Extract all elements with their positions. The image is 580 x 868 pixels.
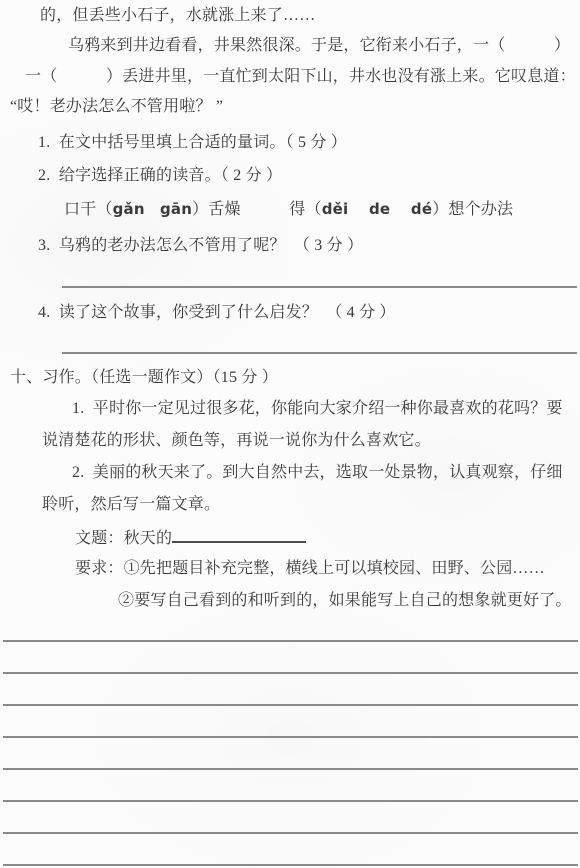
exam-paper: 的，但丢些小石子，水就涨上来了…… 乌鸦来到井边看看，井果然很深。于是，它衔来小…: [0, 0, 580, 868]
writing-line: [3, 736, 578, 738]
writing-line: [3, 672, 578, 674]
writing-line: [3, 800, 578, 802]
writing-line: [3, 704, 578, 706]
writing-line: [3, 832, 578, 834]
writing-line: [3, 640, 578, 642]
writing-line: [3, 768, 578, 770]
writing-area: [0, 0, 580, 868]
writing-line: [3, 864, 578, 866]
